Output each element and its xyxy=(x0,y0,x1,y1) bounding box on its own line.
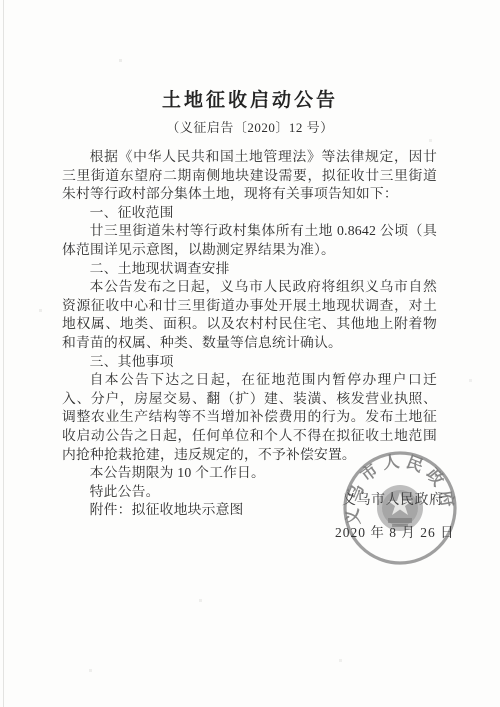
heading-section-1: 一、征收范围 xyxy=(62,204,437,223)
scan-edge-artifact xyxy=(3,0,4,707)
document-title: 土地征收启动公告 xyxy=(0,0,500,112)
paragraph-intro: 根据《中华人民共和国土地管理法》等法律规定，因廿三里街道东望府二期南侧地块建设需… xyxy=(62,148,437,204)
scanned-document-page: 土地征收启动公告 （义征启告〔2020〕12 号） 根据《中华人民共和国土地管理… xyxy=(0,0,500,707)
heading-section-2: 二、土地现状调查安排 xyxy=(62,260,437,279)
heading-section-3: 三、其他事项 xyxy=(62,353,437,372)
paragraph-survey: 本公告发布之日起，义乌市人民政府将组织义乌市自然资源征收中心和廿三里街道办事处开… xyxy=(62,278,437,352)
document-number: （义征启告〔2020〕12 号） xyxy=(0,119,500,137)
paragraph-scope: 廿三里街道朱村等行政村集体所有土地 0.8642 公顷（具体范围详见示意图，以勘… xyxy=(62,222,437,259)
scan-speckles xyxy=(0,0,1,1)
issue-date: 2020 年 8 月 26 日 xyxy=(335,521,455,541)
issuing-authority: 义乌市人民政府 xyxy=(342,489,444,509)
